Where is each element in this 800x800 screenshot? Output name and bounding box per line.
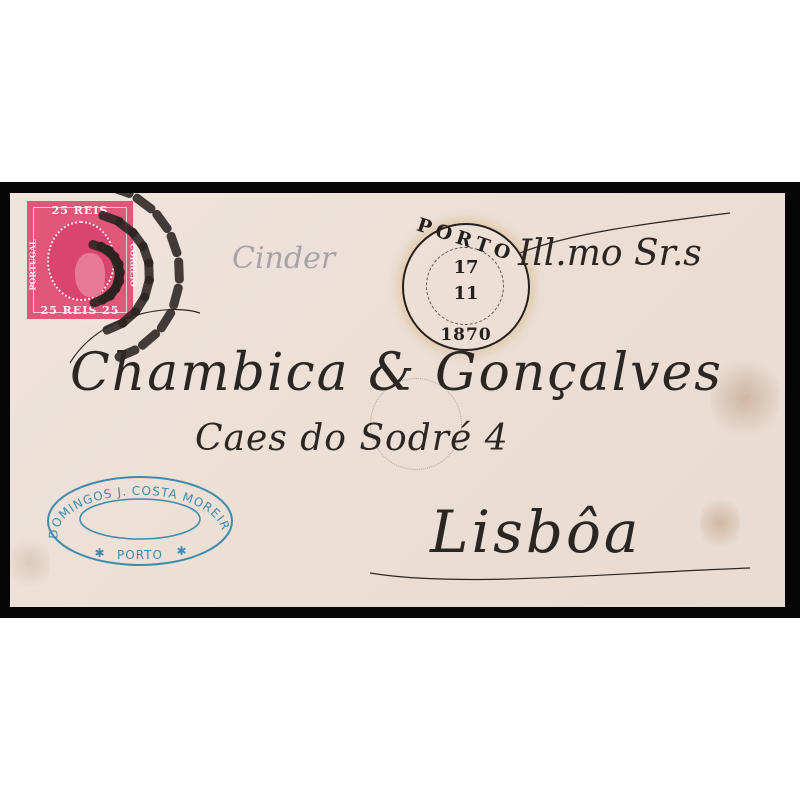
star-ornament-icon: ✱ — [176, 544, 187, 558]
svg-text:PORTO: PORTO — [117, 548, 163, 562]
star-ornament-icon: ✱ — [94, 546, 105, 560]
cachet-name: DOMINGOS J. COSTA MOREIRA — [44, 473, 233, 539]
sender-cachet: DOMINGOS J. COSTA MOREIRA PORTO ✱ ✱ — [44, 473, 236, 569]
envelope: 25 REIS PORTUGAL CORREIO 25 REIS 25 Cind… — [10, 193, 785, 607]
